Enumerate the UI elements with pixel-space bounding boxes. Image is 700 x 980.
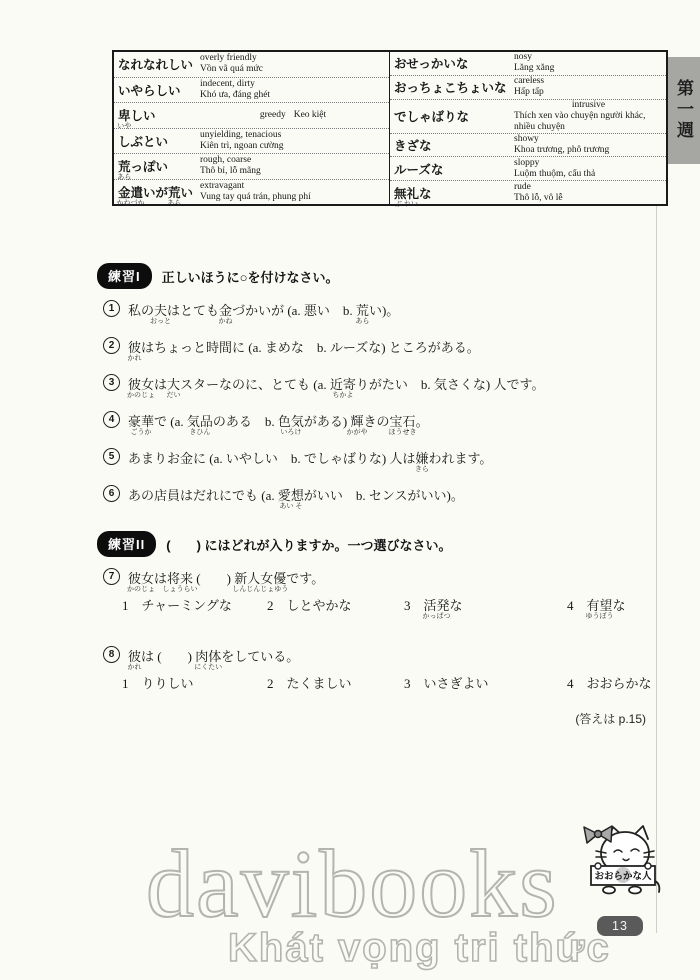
vocab-word: しぶとい bbox=[114, 132, 200, 150]
meaning-vietnamese: Thích xen vào chuyện người khác, nhiều c… bbox=[514, 111, 663, 133]
vocab-meaning: overly friendlyVồn vã quá mức bbox=[200, 53, 389, 75]
vocab-meaning: indecent, dirtyKhó ưa, đáng ghét bbox=[200, 79, 389, 101]
meaning-vietnamese: Khoa trương, phô trương bbox=[514, 145, 663, 156]
meaning-english: nosy bbox=[514, 52, 663, 63]
option-number: 4 bbox=[567, 598, 574, 613]
cat-foot-left-icon bbox=[603, 887, 615, 894]
option: 4おおらかな bbox=[567, 673, 652, 692]
vocab-column-right: おせっかいなnosyLăng xăngおっちょこちょいなcarelessHấp … bbox=[390, 52, 666, 204]
question-number: 8 bbox=[103, 646, 120, 663]
vocab-row: 卑いやしいgreedyKeo kiệt bbox=[114, 103, 389, 129]
meaning-english: extravagant bbox=[200, 181, 386, 192]
vocab-word: おっちょこちょいな bbox=[390, 78, 514, 96]
question-line: 5あまりお金に (a. いやしい b. でしゃばりな) 人は嫌きらわれます。 bbox=[103, 448, 544, 485]
question-text: 彼かれは ( ) 肉体にくたいをしている。 bbox=[128, 646, 299, 665]
exercise2-question-block: 7彼女かのじょは将来しょうらい ( ) 新人女優しんじんじょゆうです。1チャーミ… bbox=[103, 568, 667, 621]
furigana-word: 豪華ごうか bbox=[128, 411, 154, 430]
vocab-row: でしゃばりなintrusiveThích xen vào chuyện ngườ… bbox=[390, 100, 666, 134]
vocab-row: おせっかいなnosyLăng xăng bbox=[390, 52, 666, 76]
furigana-word: 大だい bbox=[167, 374, 180, 393]
vocab-word: でしゃばりな bbox=[390, 107, 514, 125]
question-text: 彼女かのじょは大だいスターなのに、とても (a. 近寄ちかよりがたい b. 気さ… bbox=[128, 374, 544, 393]
exercise1-header: 練習I 正しいほうに○を付けなさい。 bbox=[97, 263, 338, 289]
option: 3いさぎよい bbox=[404, 673, 489, 692]
mascot-sign-label: おおらかな人 bbox=[594, 870, 652, 882]
exercise1-questions: 1私の夫おっとはとても金かねづかいが (a. 悪い b. 荒あらい)。2彼かれは… bbox=[103, 300, 544, 522]
furigana-word: 荒あら bbox=[356, 300, 369, 319]
question-line: 1私の夫おっとはとても金かねづかいが (a. 悪い b. 荒あらい)。 bbox=[103, 300, 544, 337]
meaning-english: overly friendly bbox=[200, 53, 386, 64]
vocab-row: おっちょこちょいなcarelessHấp tấp bbox=[390, 76, 666, 100]
question-number: 6 bbox=[103, 485, 120, 502]
question-text: あまりお金に (a. いやしい b. でしゃばりな) 人は嫌きらわれます。 bbox=[128, 448, 492, 467]
question-text: あの店員はだれにでも (a. 愛想あい そがいい b. センスがいい)。 bbox=[128, 485, 464, 504]
vocab-meaning: sloppyLuộm thuộm, cẩu thả bbox=[514, 158, 666, 180]
furigana-word: 嫌きら bbox=[415, 448, 428, 467]
meaning-english: unyielding, tenacious bbox=[200, 130, 386, 141]
vocab-row: きざなshowyKhoa trương, phô trương bbox=[390, 134, 666, 158]
exercise1-label: 練習I bbox=[97, 263, 152, 289]
exercise2-header: 練習II ( ) にはどれが入りますか。一つ選びなさい。 bbox=[97, 531, 452, 557]
option-number: 2 bbox=[267, 598, 274, 613]
question-number: 4 bbox=[103, 411, 120, 428]
meaning-vietnamese: Khó ưa, đáng ghét bbox=[200, 90, 386, 101]
meaning-vietnamese: Thô lỗ, vô lễ bbox=[514, 193, 663, 204]
options-row: 1りりしい2たくましい3いさぎよい4おおらかな bbox=[122, 673, 667, 699]
option-number: 1 bbox=[122, 598, 129, 613]
meaning-vietnamese: Vồn vã quá mức bbox=[200, 64, 386, 75]
vocab-column-left: なれなれしいoverly friendlyVồn vã quá mứcいやらしい… bbox=[114, 52, 390, 204]
question-line: 4豪華ごうかで (a. 気品きひんのある b. 色気いろけがある) 輝かがやきの… bbox=[103, 411, 544, 448]
meaning-english: rude bbox=[514, 182, 663, 193]
meaning-vietnamese: Vung tay quá trán, phung phí bbox=[200, 192, 386, 203]
furigana-word: 卑いや bbox=[118, 106, 131, 124]
vocab-meaning: extravagantVung tay quá trán, phung phí bbox=[200, 181, 389, 203]
option-number: 3 bbox=[404, 598, 411, 613]
question-number: 7 bbox=[103, 568, 120, 585]
option: 2しとやかな bbox=[267, 595, 352, 614]
question-text: 豪華ごうかで (a. 気品きひんのある b. 色気いろけがある) 輝かがやきの宝… bbox=[128, 411, 429, 430]
page-edge-line bbox=[656, 95, 657, 933]
furigana-word: 彼かれ bbox=[128, 337, 141, 356]
vocab-meaning: carelessHấp tấp bbox=[514, 76, 666, 98]
week-tab: 第一週 bbox=[667, 57, 700, 164]
watermark-slogan: Khát vọng tri thức bbox=[228, 928, 611, 968]
question-line: 6あの店員はだれにでも (a. 愛想あい そがいい b. センスがいい)。 bbox=[103, 485, 544, 522]
meaning-vietnamese: Keo kiệt bbox=[294, 110, 326, 121]
cat-bow-icon bbox=[584, 826, 612, 843]
vocab-row: 金遣かねづかいが荒あらいextravagantVung tay quá trán… bbox=[114, 180, 389, 205]
week-tab-label: 第一週 bbox=[671, 79, 696, 142]
furigana-word: 金かね bbox=[219, 300, 232, 319]
option: 4有望ゆうぼうな bbox=[567, 595, 626, 614]
question-line: 7彼女かのじょは将来しょうらい ( ) 新人女優しんじんじょゆうです。 bbox=[103, 568, 667, 587]
vocab-meaning: rudeThô lỗ, vô lễ bbox=[514, 182, 666, 204]
furigana-word: 荒あら bbox=[118, 157, 131, 175]
furigana-word: 近寄ちかよ bbox=[330, 374, 356, 393]
option: 1りりしい bbox=[122, 673, 194, 692]
meaning-vietnamese: Thô bỉ, lỗ mãng bbox=[200, 166, 386, 177]
furigana-word: 気品きひん bbox=[187, 411, 213, 430]
exercise1-instruction: 正しいほうに○を付けなさい。 bbox=[162, 267, 339, 286]
question-number: 1 bbox=[103, 300, 120, 317]
question-number: 5 bbox=[103, 448, 120, 465]
question-line: 2彼かれはちょっと時間に (a. まめな b. ルーズな) ところがある。 bbox=[103, 337, 544, 374]
furigana-word: 無礼ぶ れい bbox=[394, 184, 419, 202]
vocab-row: 荒あらっぽいrough, coarseThô bỉ, lỗ mãng bbox=[114, 154, 389, 180]
option-number: 1 bbox=[122, 676, 129, 691]
vocab-word: 金遣かねづかいが荒あらい bbox=[114, 183, 200, 201]
furigana-word: 宝石ほうせき bbox=[390, 411, 416, 430]
vocab-word: 荒あらっぽい bbox=[114, 157, 200, 175]
exercise2-instruction: ( ) にはどれが入りますか。一つ選びなさい。 bbox=[166, 535, 451, 554]
meaning-vietnamese: Hấp tấp bbox=[514, 87, 663, 98]
vocab-word: いやらしい bbox=[114, 81, 200, 99]
meaning-vietnamese: Luộm thuộm, cẩu thả bbox=[514, 169, 663, 180]
meaning-english: greedy bbox=[260, 110, 286, 121]
furigana-word: 彼女かのじょ bbox=[128, 374, 154, 393]
furigana-word: 金遣かねづか bbox=[118, 183, 143, 201]
exercise2-question-block: 8彼かれは ( ) 肉体にくたいをしている。1りりしい2たくましい3いさぎよい4… bbox=[103, 646, 667, 699]
options-row: 1チャーミングな2しとやかな3活発かっぱつな4有望ゆうぼうな bbox=[122, 595, 667, 621]
option-number: 4 bbox=[567, 676, 574, 691]
question-line: 8彼かれは ( ) 肉体にくたいをしている。 bbox=[103, 646, 667, 665]
vocab-meaning: rough, coarseThô bỉ, lỗ mãng bbox=[200, 155, 389, 177]
question-text: 私の夫おっとはとても金かねづかいが (a. 悪い b. 荒あらい)。 bbox=[128, 300, 399, 319]
vocab-row: しぶといunyielding, tenaciousKiên trì, ngoan… bbox=[114, 129, 389, 155]
meaning-english: showy bbox=[514, 134, 663, 145]
vocab-word: 卑いやしい bbox=[114, 106, 200, 124]
watermark-davibooks: davibooks bbox=[146, 836, 559, 932]
vocab-word: ルーズな bbox=[390, 160, 514, 178]
furigana-word: 夫おっと bbox=[154, 300, 167, 319]
vocab-meaning: intrusiveThích xen vào chuyện người khác… bbox=[514, 100, 666, 133]
meaning-english: sloppy bbox=[514, 158, 663, 169]
furigana-word: 愛想あい そ bbox=[278, 485, 304, 504]
meaning-vietnamese: Lăng xăng bbox=[514, 63, 663, 74]
vocab-meaning: unyielding, tenaciousKiên trì, ngoan cườ… bbox=[200, 130, 389, 152]
furigana-word: 荒あら bbox=[168, 183, 181, 201]
page-number: 13 bbox=[612, 919, 628, 933]
meaning-english: careless bbox=[514, 76, 663, 87]
question-number: 3 bbox=[103, 374, 120, 391]
question-line: 3彼女かのじょは大だいスターなのに、とても (a. 近寄ちかよりがたい b. 気… bbox=[103, 374, 544, 411]
furigana-word: 有望ゆうぼう bbox=[587, 595, 613, 614]
furigana-word: 色気いろけ bbox=[278, 411, 304, 430]
furigana-word: 彼女かのじょ bbox=[128, 568, 154, 587]
vocab-word: きざな bbox=[390, 136, 514, 154]
answer-note: (答えは p.15) bbox=[575, 710, 646, 727]
furigana-word: 彼かれ bbox=[128, 646, 141, 665]
page-number-badge: 13 bbox=[597, 916, 643, 936]
option: 3活発かっぱつな bbox=[404, 595, 463, 614]
option-number: 2 bbox=[267, 676, 274, 691]
cat-mascot-illustration: おおらかな人 bbox=[578, 824, 670, 912]
vocab-word: なれなれしい bbox=[114, 55, 200, 73]
vocab-meaning: nosyLăng xăng bbox=[514, 52, 666, 74]
vocab-meaning: showyKhoa trương, phô trương bbox=[514, 134, 666, 156]
vocab-row: ルーズなsloppyLuộm thuộm, cẩu thả bbox=[390, 157, 666, 181]
meaning-english: intrusive bbox=[572, 100, 605, 111]
textbook-page: 第一週 なれなれしいoverly friendlyVồn vã quá mứcい… bbox=[0, 0, 700, 980]
meaning-english: rough, coarse bbox=[200, 155, 386, 166]
meaning-english: indecent, dirty bbox=[200, 79, 386, 90]
exercise2-label: 練習II bbox=[97, 531, 156, 557]
furigana-word: 将来しょうらい bbox=[167, 568, 193, 587]
cat-foot-right-icon bbox=[629, 887, 641, 894]
question-number: 2 bbox=[103, 337, 120, 354]
vocab-word: おせっかいな bbox=[390, 54, 514, 72]
vocab-row: 無礼ぶ れいなrudeThô lỗ, vô lễ bbox=[390, 181, 666, 204]
furigana-word: 活発かっぱつ bbox=[424, 595, 450, 614]
furigana-word: 輝かがや bbox=[351, 411, 364, 430]
vocab-meaning: greedyKeo kiệt bbox=[200, 110, 389, 121]
vocab-row: なれなれしいoverly friendlyVồn vã quá mức bbox=[114, 52, 389, 78]
question-text: 彼かれはちょっと時間に (a. まめな b. ルーズな) ところがある。 bbox=[128, 337, 480, 356]
question-text: 彼女かのじょは将来しょうらい ( ) 新人女優しんじんじょゆうです。 bbox=[128, 568, 324, 587]
furigana-word: 新人女優しんじんじょゆう bbox=[234, 568, 286, 587]
vocab-row: いやらしいindecent, dirtyKhó ưa, đáng ghét bbox=[114, 78, 389, 104]
meaning-vietnamese: Kiên trì, ngoan cường bbox=[200, 141, 386, 152]
option: 1チャーミングな bbox=[122, 595, 232, 614]
option-number: 3 bbox=[404, 676, 411, 691]
vocab-word: 無礼ぶ れいな bbox=[390, 184, 514, 202]
option: 2たくましい bbox=[267, 673, 352, 692]
furigana-word: 肉体にくたい bbox=[195, 646, 221, 665]
vocab-table: なれなれしいoverly friendlyVồn vã quá mứcいやらしい… bbox=[112, 50, 668, 206]
